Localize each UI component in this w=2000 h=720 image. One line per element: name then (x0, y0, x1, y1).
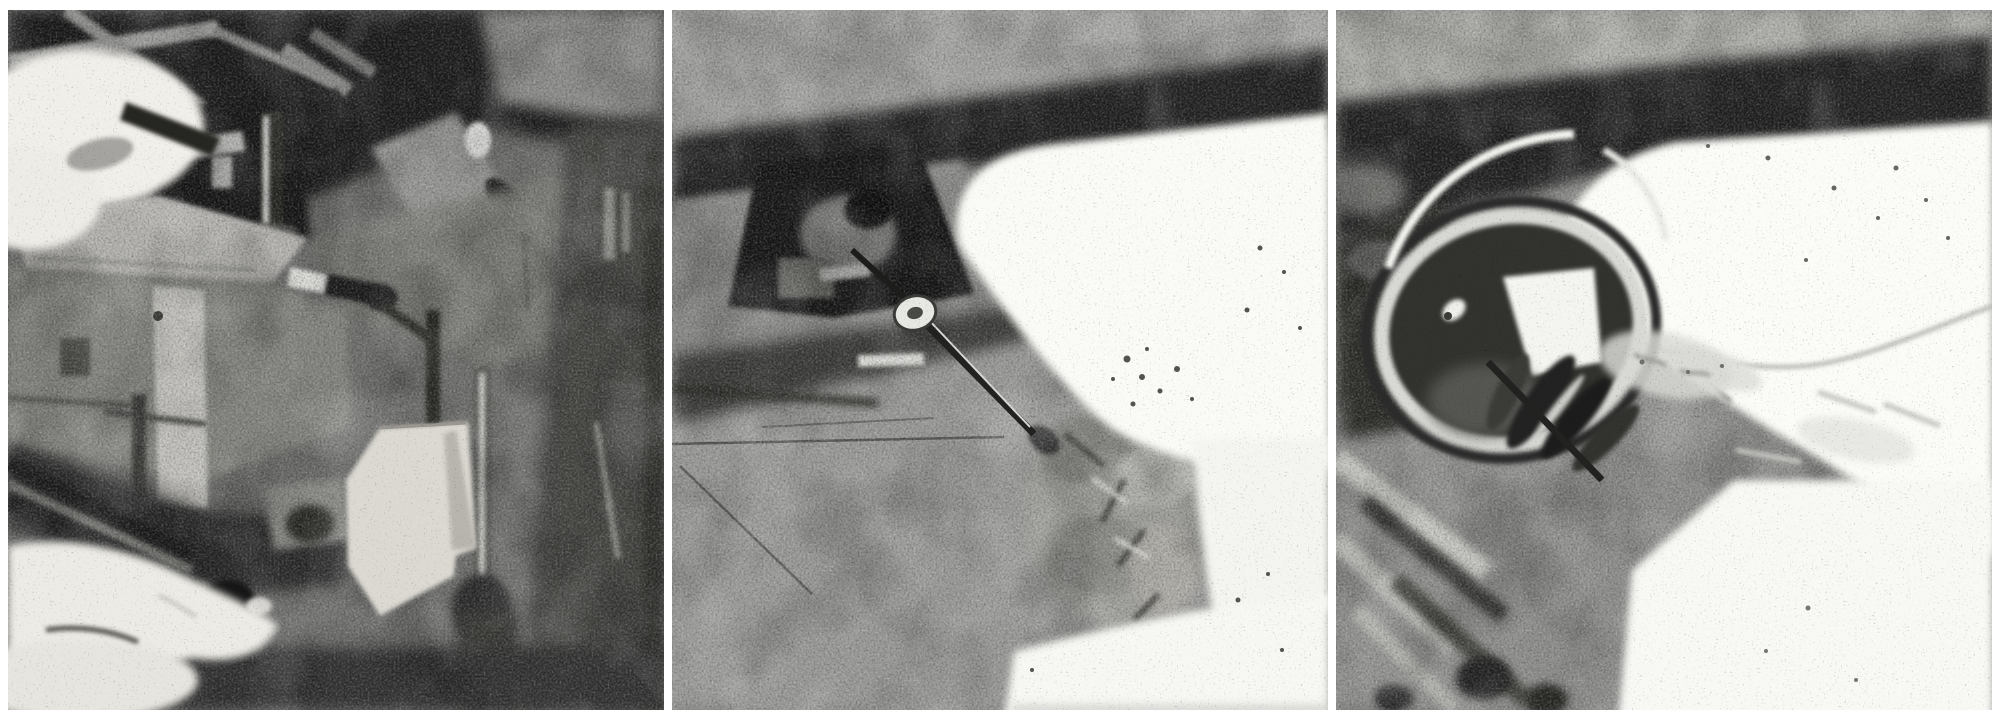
scanned-photo-sheet (0, 0, 2000, 720)
photo-2-artwork (672, 10, 1328, 710)
photo-1-artwork (8, 10, 664, 710)
photo-panel-3 (1336, 10, 1992, 710)
photo-panel-2 (672, 10, 1328, 710)
photo-panel-1 (8, 10, 664, 710)
photo-3-artwork (1336, 10, 1992, 710)
